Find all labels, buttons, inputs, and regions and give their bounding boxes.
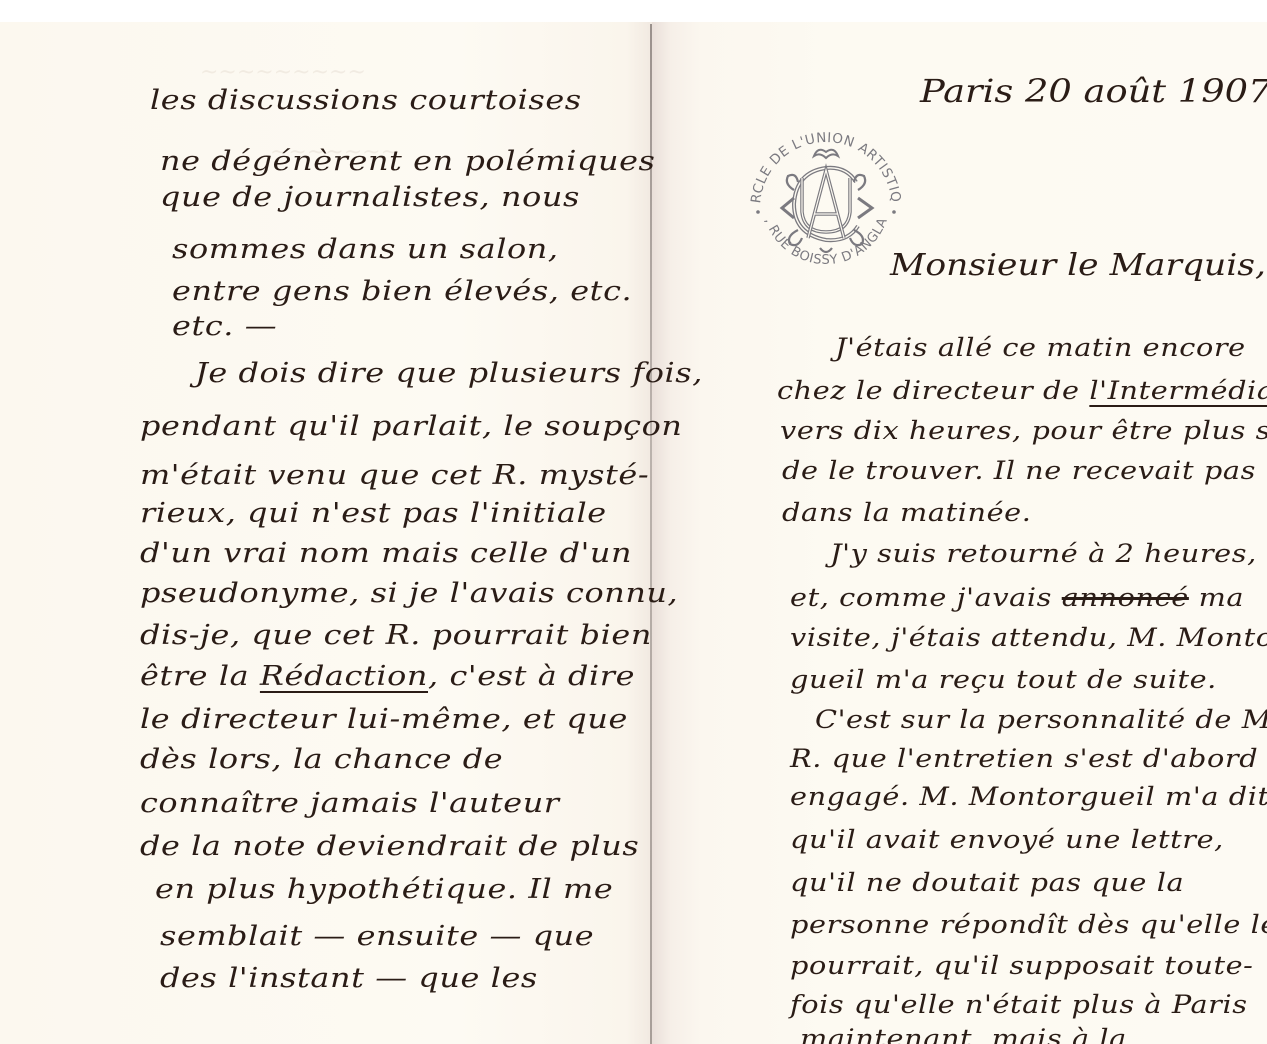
- right-line-2: chez le directeur de l'Intermédiaire,: [777, 378, 1267, 403]
- left-line-20: semblait — ensuite — que: [160, 923, 594, 950]
- right-line-4: de le trouver. Il ne recevait pas: [782, 458, 1256, 483]
- left-line-21: des l'instant — que les: [160, 965, 538, 992]
- salutation: Monsieur le Marquis,: [890, 248, 1266, 283]
- letter-scan: ~~~~~~~~~ ~~~~~~~ les discussions courto…: [0, 0, 1267, 1044]
- left-line-8: pendant qu'il parlait, le soupçon: [140, 413, 682, 440]
- left-line-5: entre gens bien élevés, etc.: [172, 278, 632, 305]
- right-line-15: personne répondît dès qu'elle le: [790, 912, 1267, 937]
- right-line-7-suffix: ma: [1189, 583, 1244, 612]
- right-line-16: pourrait, qu'il supposait toute-: [790, 953, 1253, 978]
- left-line-13: dis-je, que cet R. pourrait bien: [140, 622, 652, 649]
- struck-word-annonce: annoncé: [1062, 583, 1189, 612]
- right-line-17: fois qu'elle n'était plus à Paris: [790, 992, 1248, 1017]
- left-line-12: pseudonyme, si je l'avais connu,: [140, 580, 678, 607]
- left-line-4: sommes dans un salon,: [172, 236, 559, 263]
- right-line-6: J'y suis retourné à 2 heures,: [830, 541, 1257, 566]
- underlined-word-redaction: Rédaction: [260, 661, 428, 692]
- left-line-11: d'un vrai nom mais celle d'un: [140, 540, 632, 567]
- right-line-12: engagé. M. Montorgueil m'a dit: [790, 784, 1267, 809]
- right-line-7-prefix: et, comme j'avais: [790, 583, 1062, 612]
- left-line-3: que de journalistes, nous: [160, 184, 580, 211]
- left-line-2: ne dégénèrent en polémiques: [160, 148, 655, 175]
- left-line-10: rieux, qui n'est pas l'initiale: [140, 500, 607, 527]
- place-date: Paris 20 août 1907: [920, 72, 1267, 110]
- right-line-1: J'étais allé ce matin encore: [835, 335, 1246, 360]
- right-line-10: C'est sur la personnalité de M.: [815, 707, 1267, 732]
- right-line-18: maintenant, mais à la: [800, 1026, 1127, 1044]
- left-line-14-suffix: , c'est à dire: [428, 661, 635, 692]
- left-line-14: être la Rédaction, c'est à dire: [140, 663, 635, 690]
- right-line-13: qu'il avait envoyé une lettre,: [790, 827, 1224, 852]
- right-line-5: dans la matinée.: [782, 500, 1031, 525]
- left-line-19: en plus hypothétique. Il me: [155, 876, 613, 903]
- right-line-8: visite, j'étais attendu, M. Montor-: [790, 625, 1267, 650]
- right-line-7: et, comme j'avais annoncé ma: [790, 585, 1244, 610]
- left-line-1: les discussions courtoises: [150, 87, 582, 114]
- left-line-17: connaître jamais l'auteur: [140, 790, 560, 817]
- left-line-9: m'était venu que cet R. mysté-: [140, 462, 649, 489]
- left-line-14-prefix: être la: [140, 661, 260, 692]
- left-line-15: le directeur lui-même, et que: [140, 706, 628, 733]
- right-line-3: vers dix heures, pour être plus sûr: [780, 418, 1267, 443]
- left-line-7: Je dois dire que plusieurs fois,: [195, 360, 703, 387]
- right-line-9: gueil m'a reçu tout de suite.: [790, 667, 1217, 692]
- right-line-11: R. que l'entretien s'est d'abord: [790, 746, 1258, 771]
- letterhead-seal: CERCLE DE L'UNION ARTISTIQUE 5, RUE BOIS…: [738, 112, 914, 288]
- page-fold: [650, 24, 652, 1044]
- ink-show-through: ~~~~~~~~~: [200, 60, 366, 85]
- left-line-6: etc. —: [172, 313, 277, 340]
- monogram-seal-icon: CERCLE DE L'UNION ARTISTIQUE 5, RUE BOIS…: [738, 112, 914, 288]
- right-line-14: qu'il ne doutait pas que la: [790, 870, 1184, 895]
- underlined-word-intermediaire: l'Intermédiaire: [1089, 376, 1267, 405]
- left-line-18: de la note deviendrait de plus: [140, 833, 639, 860]
- right-line-2-prefix: chez le directeur de: [777, 376, 1089, 405]
- left-line-16: dès lors, la chance de: [140, 746, 503, 773]
